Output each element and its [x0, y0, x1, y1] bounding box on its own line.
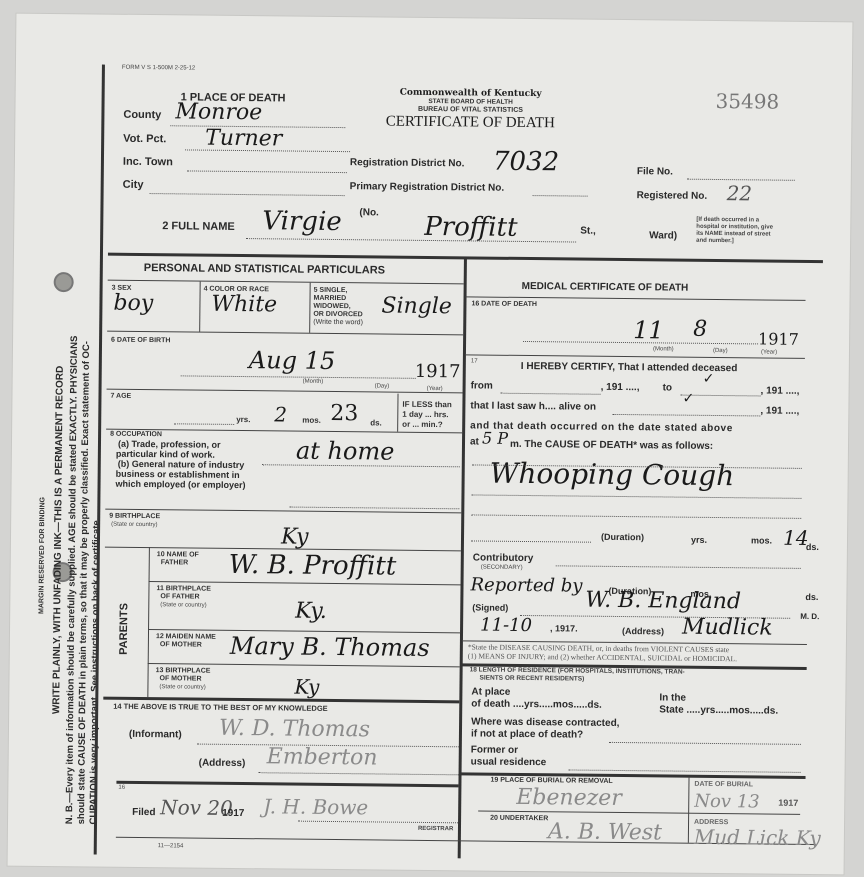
age-days-value: 23	[330, 401, 358, 426]
last-saw-line	[612, 414, 760, 417]
marital-label: (Write the word)	[313, 319, 363, 328]
margin-instruction-1: WRITE PLAINLY, WITH UNFADING INK—THIS IS…	[51, 366, 66, 714]
contributory-ds-label: ds.	[805, 592, 818, 602]
age-label: 7 AGE	[110, 393, 131, 401]
cause-footnote: *State the DISEASE CAUSING DEATH, or, in…	[468, 642, 737, 663]
to-year: , 191 ....,	[761, 385, 800, 396]
in-state-values: State .....yrs.....mos.....ds.	[659, 704, 778, 716]
cause-line	[471, 494, 801, 498]
mother-birthplace-caption: (State or country)	[159, 684, 205, 691]
hospital-note: [If death occurred in a hospital or inst…	[696, 217, 778, 246]
father-name-value: W. B. Proffitt	[229, 550, 397, 582]
registrar-line	[298, 821, 458, 824]
dob-month-day-value: Aug 15	[249, 346, 336, 375]
divider	[199, 282, 201, 332]
former-residence-label: usual residence	[471, 756, 547, 768]
informant-address-line	[259, 772, 459, 775]
ward-label: Ward)	[649, 230, 677, 241]
burial-date-value: Nov 13	[694, 791, 760, 813]
contracted-line	[609, 742, 801, 745]
if-less-box: IF LESS than 1 day ... hrs. or ... min.?	[402, 400, 452, 431]
if-less-line: or ... min.?	[402, 420, 451, 431]
undertaker-value: A. B. West	[548, 819, 662, 845]
undertaker-address-value: Mud Lick Ky	[694, 819, 821, 850]
if-less-line: IF LESS than	[402, 400, 451, 411]
contracted-label: Where was disease contracted,	[471, 716, 620, 729]
dod-month-value: 11	[633, 316, 664, 344]
street-label: St.,	[580, 226, 596, 237]
divider	[309, 283, 311, 333]
birthplace-label: 9 BIRTHPLACE	[109, 513, 160, 522]
residence-label: SIENTS OR RECENT RESIDENTS)	[480, 675, 585, 683]
dob-line	[181, 375, 416, 378]
burial-year: 1917	[778, 798, 798, 808]
county-label: County	[123, 109, 161, 121]
mother-name-value: Mary B. Thomas	[230, 632, 430, 662]
last-name-value: Proffitt	[424, 212, 518, 243]
cause-of-death-value: Whooping Cough	[490, 457, 735, 493]
death-certificate: MARGIN RESERVED FOR BINDING WRITE PLAINL…	[8, 14, 853, 875]
divider	[688, 777, 690, 843]
reg-district-label: Registration District No.	[350, 157, 465, 169]
at-place-values: of death ....yrs.....mos.....ds.	[471, 698, 602, 710]
at-place-label: At place	[471, 686, 510, 697]
father-birthplace-value: Ky.	[295, 599, 327, 624]
inc-town-label: Inc. Town	[123, 156, 173, 169]
physician-address-label: (Address)	[622, 626, 664, 636]
medical-section-title: MEDICAL CERTIFICATE OF DEATH	[522, 281, 689, 294]
burial-place-value: Ebenezer	[516, 785, 622, 811]
duration-yrs-label: yrs.	[691, 535, 707, 545]
county-value: Monroe	[175, 99, 262, 125]
md-label: M. D.	[800, 612, 819, 621]
duration-line	[471, 540, 591, 542]
from-line	[501, 393, 601, 395]
duration-days-value: 14	[783, 526, 809, 550]
divider	[397, 394, 398, 432]
cause-intro-text: m. The CAUSE OF DEATH* was as follows:	[510, 439, 713, 452]
vot-pct-value: Turner	[205, 126, 282, 152]
dob-label: 6 DATE OF BIRTH	[111, 337, 170, 346]
divider	[108, 280, 464, 285]
dod-day-caption: (Day)	[713, 348, 728, 355]
time-of-death-value: 5 P	[482, 429, 508, 448]
file-no-label: File No.	[637, 166, 673, 177]
mother-birthplace-value: Ky	[294, 675, 319, 699]
informant-section-label: 14 THE ABOVE IS TRUE TO THE BEST OF MY K…	[113, 703, 328, 713]
informant-address-label: (Address)	[199, 758, 246, 769]
dod-year-value: 1917	[758, 329, 799, 348]
occupation-value: at home	[296, 437, 395, 466]
dob-day-caption: (Day)	[375, 383, 390, 390]
first-name-value: Virgie	[262, 206, 342, 237]
cause-line	[471, 514, 801, 518]
birthplace-value: Ky	[281, 524, 309, 549]
in-state-label: In the	[659, 692, 686, 703]
reported-by-text: Reported by	[470, 574, 582, 596]
birthplace-caption: (State or country)	[111, 522, 157, 529]
file-stamp: 35498	[715, 89, 779, 114]
race-value: White	[211, 292, 277, 318]
mother-birthplace-label: OF MOTHER	[159, 675, 201, 683]
certificate-title: CERTIFICATE OF DEATH	[355, 113, 585, 132]
margin-reserved-text: MARGIN RESERVED FOR BINDING	[38, 497, 47, 614]
signed-date-value: 11-10	[480, 615, 532, 637]
registered-no-label: Registered No.	[637, 190, 708, 202]
registered-no-value: 22	[727, 181, 753, 205]
from-label: from	[471, 380, 493, 391]
informant-address-value: Emberton	[267, 744, 378, 770]
occupation-labels: 8 OCCUPATION (a) Trade, profession, or p…	[110, 431, 247, 490]
primary-reg-label: Primary Registration District No.	[350, 181, 505, 194]
dob-month-caption: (Month)	[303, 379, 324, 386]
footnote-line: (1) MEANS OF INJURY; and (2) whether ACC…	[468, 651, 737, 663]
personal-section-title: PERSONAL AND STATISTICAL PARTICULARS	[144, 262, 385, 277]
signed-label: (Signed)	[472, 602, 508, 612]
binding-hole	[54, 272, 74, 292]
primary-reg-line	[533, 195, 588, 197]
informant-label: (Informant)	[129, 729, 182, 741]
mother-label: OF MOTHER	[160, 641, 202, 649]
undertaker-label: 20 UNDERTAKER	[490, 815, 548, 824]
form-number: FORM V S 1-500M 2-25-12	[122, 65, 195, 73]
footer-code: 11—2154	[158, 843, 184, 850]
employer-line	[289, 507, 459, 510]
occupation-line	[262, 464, 460, 467]
burial-date-label: DATE OF BURIAL	[694, 781, 753, 790]
dob-year-value: 1917	[415, 361, 461, 382]
filed-num: 16	[118, 785, 125, 792]
dod-day-value: 8	[693, 317, 707, 342]
age-days-label: ds.	[370, 419, 382, 427]
contracted-label: if not at place of death?	[471, 728, 583, 740]
street-no-label: (No.	[359, 207, 379, 218]
informant-value: W. D. Thomas	[219, 716, 370, 743]
last-saw-label: that I last saw h.... alive on	[470, 400, 596, 412]
father-birthplace-caption: (State or country)	[160, 602, 206, 609]
checkmark: ✓	[703, 371, 715, 387]
column-divider	[458, 258, 467, 858]
marital-value: Single	[381, 293, 452, 319]
vot-pct-line	[185, 149, 350, 152]
dod-year-caption: (Year)	[761, 349, 777, 356]
filed-year: 1917	[222, 808, 244, 819]
age-yrs-line	[174, 423, 234, 425]
registrar-label: REGISTRAR	[418, 826, 453, 833]
to-label: to	[663, 382, 673, 393]
duration-label: (Duration)	[601, 532, 644, 542]
parents-side-label: PARENTS	[118, 603, 131, 655]
father-label: FATHER	[161, 559, 189, 567]
divider	[107, 389, 463, 394]
divider	[116, 781, 458, 788]
former-residence-label: Former or	[471, 744, 518, 755]
secondary-caption: (SECONDARY)	[481, 565, 523, 572]
sex-value: boy	[113, 291, 153, 316]
duration-ds-label: ds.	[806, 542, 819, 552]
marital-labels: 5 SINGLE, MARRIED WIDOWED, OR DIVORCED (…	[313, 287, 363, 328]
physician-address-value: Mudlick	[682, 615, 773, 641]
inc-town-line	[187, 170, 347, 173]
if-less-line: 1 day ... hrs.	[402, 410, 451, 421]
registrar-signature: J. H. Bowe	[263, 794, 368, 819]
contributory-line	[556, 565, 801, 569]
vot-pct-label: Vot. Pct.	[123, 133, 166, 145]
filed-label: Filed	[132, 807, 155, 818]
age-mos-label: mos.	[302, 417, 321, 425]
divider	[465, 354, 805, 359]
signed-year: , 1917.	[550, 623, 578, 633]
header-block: Commonwealth of Kentucky STATE BOARD OF …	[355, 87, 585, 132]
divider	[107, 331, 463, 336]
dod-month-caption: (Month)	[653, 346, 674, 353]
physician-signature: W. B. England	[585, 588, 741, 615]
full-name-label: 2 FULL NAME	[162, 220, 235, 233]
divider	[147, 547, 150, 697]
from-year: , 191 ....,	[601, 382, 640, 393]
occurred-text: and that death occurred on the date stat…	[470, 420, 733, 434]
full-name-line	[246, 238, 576, 242]
age-months-value: 2	[274, 402, 287, 426]
last-saw-year: , 191 ....,	[760, 405, 799, 416]
dod-label: 16 DATE OF DEATH	[471, 300, 537, 309]
former-residence-line	[569, 769, 801, 772]
contributory-label: Contributory	[473, 552, 534, 564]
city-label: City	[123, 179, 144, 191]
item-17-num: 17	[471, 358, 478, 365]
occurred-at-label: at	[470, 436, 479, 447]
duration-mos-label: mos.	[751, 535, 772, 545]
reg-district-value: 7032	[493, 147, 559, 178]
checkmark: ✓	[682, 391, 694, 407]
father-birthplace-label: OF FATHER	[160, 593, 199, 601]
city-line	[150, 193, 345, 196]
age-yrs-label: yrs.	[236, 416, 250, 424]
occupation-label: which employed (or employer)	[116, 479, 246, 490]
